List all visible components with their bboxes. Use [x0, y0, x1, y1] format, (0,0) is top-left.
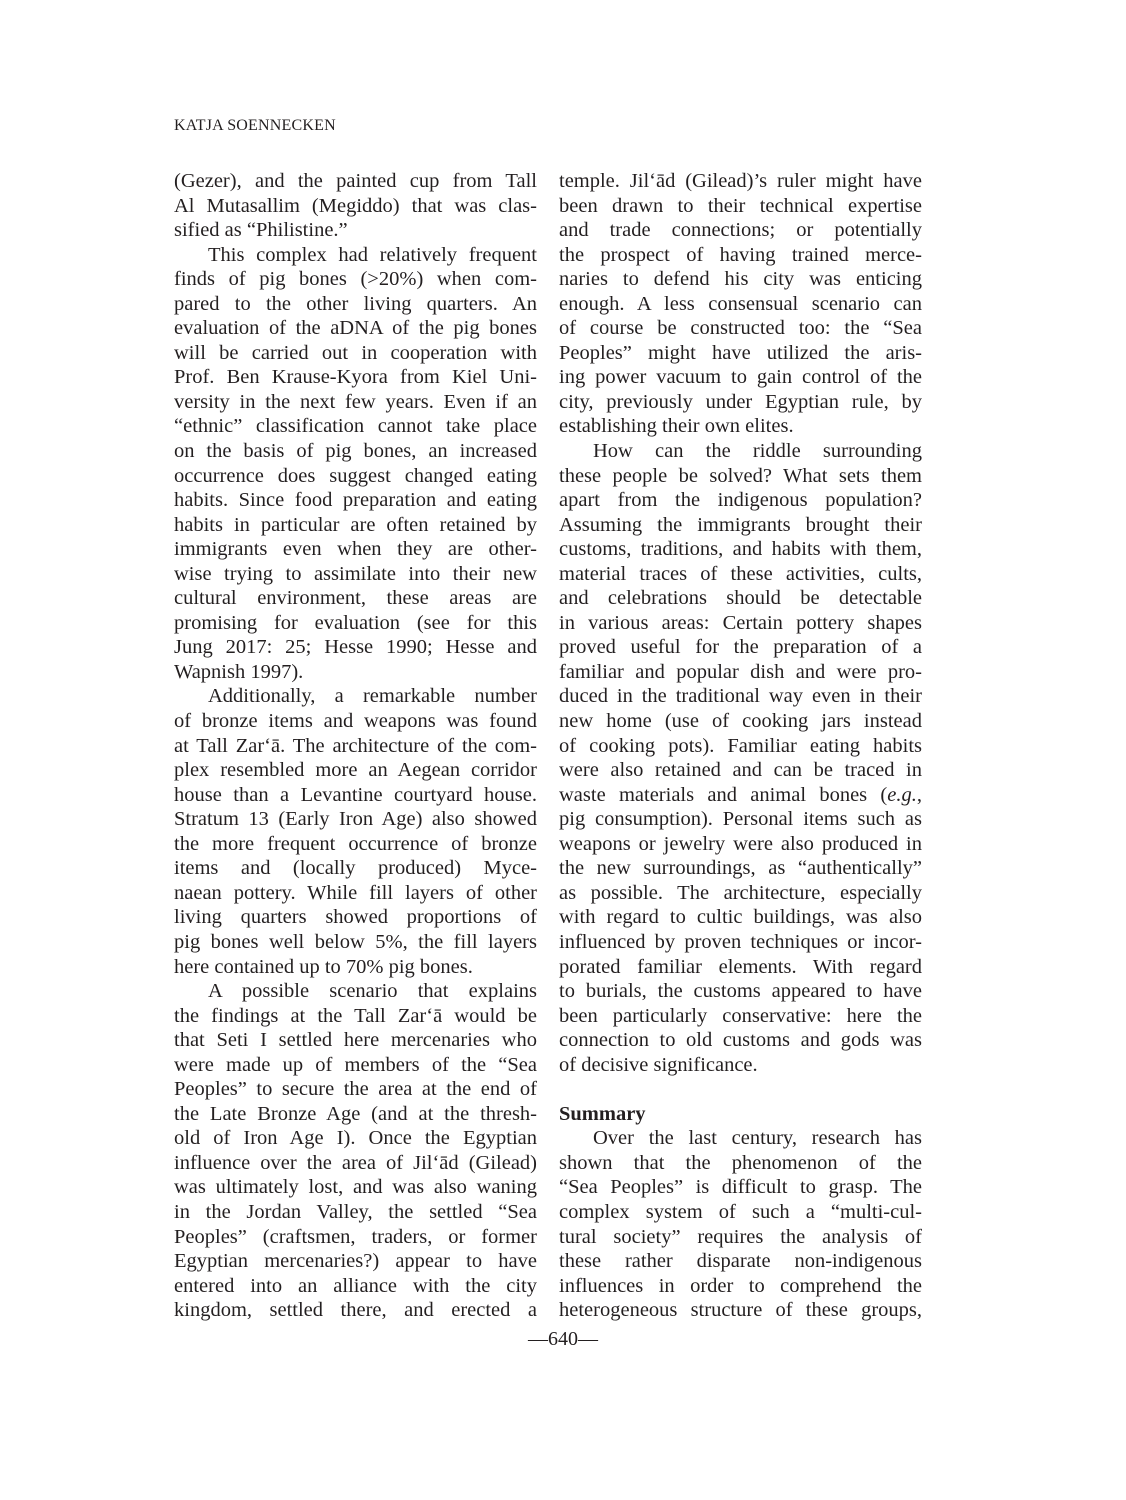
- text-line: connection to old customs and gods was: [559, 1028, 922, 1053]
- text-line: establishing their own elites.: [559, 414, 922, 439]
- text-line: waste materials and animal bones (e.g.,: [559, 783, 922, 808]
- text-line: Over the last century, research has: [559, 1126, 922, 1151]
- text-line: ing power vacuum to gain control of the: [559, 365, 922, 390]
- text-line: of course be constructed too: the “Sea: [559, 316, 922, 341]
- text-line: evaluation of the aDNA of the pig bones: [174, 316, 537, 341]
- text-line: Peoples” might have utilized the aris-: [559, 341, 922, 366]
- text-line: been drawn to their technical expertise: [559, 194, 922, 219]
- text-line: Jung 2017: 25; Hesse 1990; Hesse and: [174, 635, 537, 660]
- text-line: living quarters showed proportions of: [174, 905, 537, 930]
- text-line: the more frequent occurrence of bronze: [174, 832, 537, 857]
- text-line: these rather disparate non-indigenous: [559, 1249, 922, 1274]
- text-line: old of Iron Age I). Once the Egyptian: [174, 1126, 537, 1151]
- text-line: pig bones well below 5%, the fill layers: [174, 930, 537, 955]
- text-line: in various areas: Certain pottery shapes: [559, 611, 922, 636]
- text-line: proved useful for the preparation of a: [559, 635, 922, 660]
- text-line: finds of pig bones (>20%) when com-: [174, 267, 537, 292]
- text-line: promising for evaluation (see for this: [174, 611, 537, 636]
- text-line: influenced by proven techniques or incor…: [559, 930, 922, 955]
- text-line: habits in particular are often retained …: [174, 513, 537, 538]
- text-line: customs, traditions, and habits with the…: [559, 537, 922, 562]
- text-line: been particularly conservative: here the: [559, 1004, 922, 1029]
- running-head-author: KATJA SOENNECKEN: [174, 117, 336, 135]
- text-line: immigrants even when they are other-: [174, 537, 537, 562]
- text-line: Prof. Ben Krause-Kyora from Kiel Uni-: [174, 365, 537, 390]
- text-line: Peoples” (craftsmen, traders, or former: [174, 1225, 537, 1250]
- text-line: with regard to cultic buildings, was als…: [559, 905, 922, 930]
- text-line: on the basis of pig bones, an increased: [174, 439, 537, 464]
- text-line: “Sea Peoples” is difficult to grasp. The: [559, 1175, 922, 1200]
- left-column: (Gezer), and the painted cup from TallAl…: [174, 169, 537, 1323]
- text-line: the Late Bronze Age (and at the thresh-: [174, 1102, 537, 1127]
- text-line: were also retained and can be traced in: [559, 758, 922, 783]
- text-line: habits. Since food preparation and eatin…: [174, 488, 537, 513]
- text-line: of decisive significance.: [559, 1053, 922, 1078]
- text-line: naries to defend his city was enticing: [559, 267, 922, 292]
- right-column: temple. Jil‘ād (Gilead)’s ruler might ha…: [559, 169, 922, 1323]
- section-heading-summary: Summary: [559, 1102, 922, 1127]
- text-line: How can the riddle surrounding: [559, 439, 922, 464]
- text-line: influences in order to comprehend the: [559, 1274, 922, 1299]
- text-line: “ethnic” classification cannot take plac…: [174, 414, 537, 439]
- text-line: porated familiar elements. With regard: [559, 955, 922, 980]
- text-line: the new surroundings, as “authentically”: [559, 856, 922, 881]
- text-line: were made up of members of the “Sea: [174, 1053, 537, 1078]
- section-gap: [559, 1077, 922, 1102]
- text-line: weapons or jewelry were also produced in: [559, 832, 922, 857]
- text-line: plex resembled more an Aegean corridor: [174, 758, 537, 783]
- text-line: A possible scenario that explains: [174, 979, 537, 1004]
- text-line: wise trying to assimilate into their new: [174, 562, 537, 587]
- text-line: complex system of such a “multi-cul-: [559, 1200, 922, 1225]
- text-line: heterogeneous structure of these groups,: [559, 1298, 922, 1323]
- italic-abbrev: e.g.: [887, 784, 917, 806]
- text-line: (Gezer), and the painted cup from Tall: [174, 169, 537, 194]
- text-line: and celebrations should be detectable: [559, 586, 922, 611]
- text-line: pared to the other living quarters. An: [174, 292, 537, 317]
- text-line: This complex had relatively frequent: [174, 243, 537, 268]
- text-line: as possible. The architecture, especiall…: [559, 881, 922, 906]
- text-line: in the Jordan Valley, the settled “Sea: [174, 1200, 537, 1225]
- text-line: cultural environment, these areas are: [174, 586, 537, 611]
- text-line: shown that the phenomenon of the: [559, 1151, 922, 1176]
- right-column-body-before-heading: temple. Jil‘ād (Gilead)’s ruler might ha…: [559, 169, 922, 1077]
- text-line: versity in the next few years. Even if a…: [174, 390, 537, 415]
- text-line: apart from the indigenous population?: [559, 488, 922, 513]
- text-line: at Tall Zar‘ā. The architecture of the c…: [174, 734, 537, 759]
- text-line: sified as “Philistine.”: [174, 218, 537, 243]
- text-line: of bronze items and weapons was found: [174, 709, 537, 734]
- text-line: Egyptian mercenaries?) appear to have: [174, 1249, 537, 1274]
- text-line: material traces of these activities, cul…: [559, 562, 922, 587]
- text-line: that Seti I settled here mercenaries who: [174, 1028, 537, 1053]
- text-line: items and (locally produced) Myce-: [174, 856, 537, 881]
- text-line: of cooking pots). Familiar eating habits: [559, 734, 922, 759]
- text-line: Wapnish 1997).: [174, 660, 537, 685]
- text-line: Peoples” to secure the area at the end o…: [174, 1077, 537, 1102]
- text-line: new home (use of cooking jars instead: [559, 709, 922, 734]
- text-line: the prospect of having trained merce-: [559, 243, 922, 268]
- text-line: the findings at the Tall Zar‘ā would be: [174, 1004, 537, 1029]
- text-line: to burials, the customs appeared to have: [559, 979, 922, 1004]
- text-line: Additionally, a remarkable number: [174, 684, 537, 709]
- text-line: Al Mutasallim (Megiddo) that was clas-: [174, 194, 537, 219]
- text-line: will be carried out in cooperation with: [174, 341, 537, 366]
- text-line: these people be solved? What sets them: [559, 464, 922, 489]
- text-line: city, previously under Egyptian rule, by: [559, 390, 922, 415]
- text-line: entered into an alliance with the city: [174, 1274, 537, 1299]
- text-line: Assuming the immigrants brought their: [559, 513, 922, 538]
- text-line: enough. A less consensual scenario can: [559, 292, 922, 317]
- text-line: familiar and popular dish and were pro-: [559, 660, 922, 685]
- text-line: Stratum 13 (Early Iron Age) also showed: [174, 807, 537, 832]
- text-line: naean pottery. While fill layers of othe…: [174, 881, 537, 906]
- text-line: kingdom, settled there, and erected a: [174, 1298, 537, 1323]
- text-line: was ultimately lost, and was also waning: [174, 1175, 537, 1200]
- text-line: house than a Levantine courtyard house.: [174, 783, 537, 808]
- text-line: occurrence does suggest changed eating: [174, 464, 537, 489]
- text-line: influence over the area of Jil‘ād (Gilea…: [174, 1151, 537, 1176]
- page-number: —640—: [0, 1328, 1126, 1351]
- text-line: duced in the traditional way even in the…: [559, 684, 922, 709]
- summary-section-body: Over the last century, research hasshown…: [559, 1126, 922, 1322]
- text-line: tural society” requires the analysis of: [559, 1225, 922, 1250]
- text-line: temple. Jil‘ād (Gilead)’s ruler might ha…: [559, 169, 922, 194]
- text-line: here contained up to 70% pig bones.: [174, 955, 537, 980]
- text-line: and trade connections; or potentially: [559, 218, 922, 243]
- document-page: KATJA SOENNECKEN (Gezer), and the painte…: [0, 0, 1126, 1500]
- text-line: pig consumption). Personal items such as: [559, 807, 922, 832]
